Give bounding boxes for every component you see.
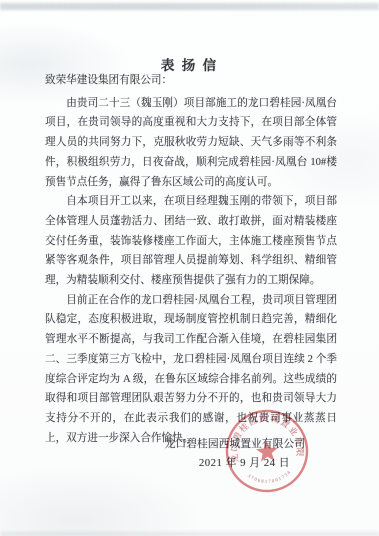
- company-seal: 龙口碧桂园西城置业有限公司 3706817001734: [220, 404, 314, 498]
- salutation: 致荣华建设集团有限公司：: [45, 71, 337, 91]
- seal-star-icon: [255, 440, 278, 462]
- letter-body: 致荣华建设集团有限公司： 由贵司二十三（魏玉刚）项目部施工的龙口碧桂园·凤凰台项…: [45, 71, 337, 448]
- paragraph-1: 由贵司二十三（魏玉刚）项目部施工的龙口碧桂园·凤凰台项目，在贵司领导的高度重视和…: [45, 94, 337, 193]
- signature-date: 2021 年 9 月 24 日: [0, 455, 379, 470]
- paragraph-2: 自本项目开工以来，在项目经理魏玉刚的带领下，项目部全体管理人员蓬勃活力、团结一致…: [45, 192, 337, 291]
- seal-serial-text: 3706817001734: [247, 469, 293, 486]
- commendation-letter: 表 扬 信 致荣华建设集团有限公司： 由贵司二十三（魏玉刚）项目部施工的龙口碧桂…: [0, 0, 379, 536]
- svg-text:3706817001734: 3706817001734: [247, 469, 293, 486]
- signature-company: 龙口碧桂园西城置业有限公司: [0, 436, 379, 451]
